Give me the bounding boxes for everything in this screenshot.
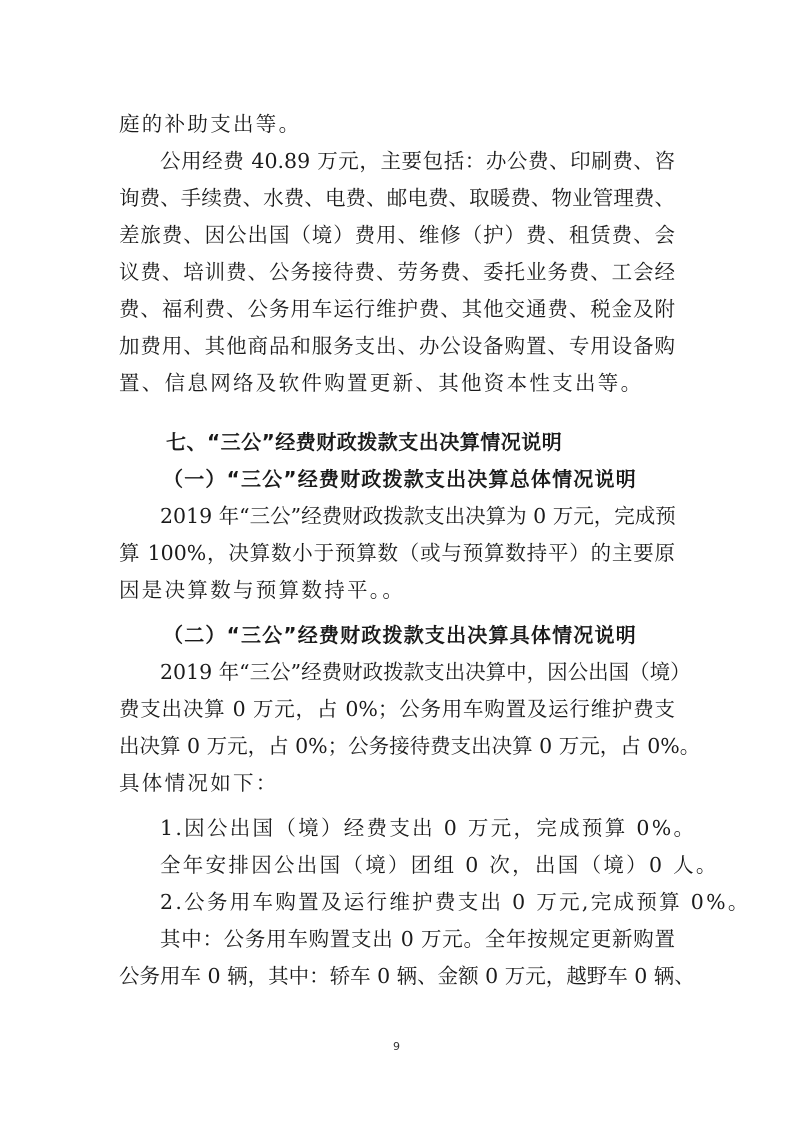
paragraph-line: 公务用车 0 辆，其中：轿车 0 辆、金额 0 万元，越野车 0 辆、 [119, 963, 675, 989]
paragraph-line: 1.因公出国（境）经费支出 0 万元，完成预算 0%。 [160, 815, 675, 841]
paragraph-line: 其中：公务用车购置支出 0 万元。全年按规定更新购置 [160, 926, 675, 952]
paragraph-line: 因是决算数与预算数持平。。 [119, 577, 675, 603]
paragraph-line: 差旅费、因公出国（境）费用、维修（护）费、租赁费、会 [119, 222, 675, 248]
paragraph-line: 费支出决算 0 万元，占 0%；公务用车购置及运行维护费支 [119, 696, 675, 722]
paragraph-line: 加费用、其他商品和服务支出、办公设备购置、专用设备购 [119, 333, 675, 359]
paragraph-line: 公用经费 40.89 万元，主要包括：办公费、印刷费、咨 [160, 148, 675, 174]
paragraph-line: 询费、手续费、水费、电费、邮电费、取暖费、物业管理费、 [119, 185, 675, 211]
paragraph-line: 2019 年“三公”经费财政拨款支出决算中，因公出国（境） [160, 659, 675, 685]
paragraph-line: 算 100%，决算数小于预算数（或与预算数持平）的主要原 [119, 540, 675, 566]
paragraph-line: 2.公务用车购置及运行维护费支出 0 万元,完成预算 0%。 [160, 889, 675, 915]
subsection-heading-1: （一）“三公”经费财政拨款支出决算总体情况说明 [163, 466, 719, 492]
section-heading: 七、“三公”经费财政拨款支出决算情况说明 [166, 429, 681, 455]
paragraph-line: 庭的补助支出等。 [119, 111, 675, 137]
paragraph-line: 费、福利费、公务用车运行维护费、其他交通费、税金及附 [119, 296, 675, 322]
paragraph-line: 2019 年“三公”经费财政拨款支出决算为 0 万元，完成预 [160, 503, 675, 529]
subsection-heading-2: （二）“三公”经费财政拨款支出决算具体情况说明 [163, 622, 719, 648]
page-number: 9 [0, 1040, 793, 1053]
paragraph-line: 出决算 0 万元，占 0%；公务接待费支出决算 0 万元，占 0%。 [119, 733, 675, 759]
paragraph-line: 全年安排因公出国（境）团组 0 次，出国（境）0 人。 [160, 852, 675, 878]
paragraph-line: 置、信息网络及软件购置更新、其他资本性支出等。 [119, 370, 675, 396]
paragraph-line: 具体情况如下： [119, 770, 675, 796]
paragraph-line: 议费、培训费、公务接待费、劳务费、委托业务费、工会经 [119, 259, 675, 285]
document-page: 庭的补助支出等。 公用经费 40.89 万元，主要包括：办公费、印刷费、咨 询费… [0, 0, 793, 1122]
